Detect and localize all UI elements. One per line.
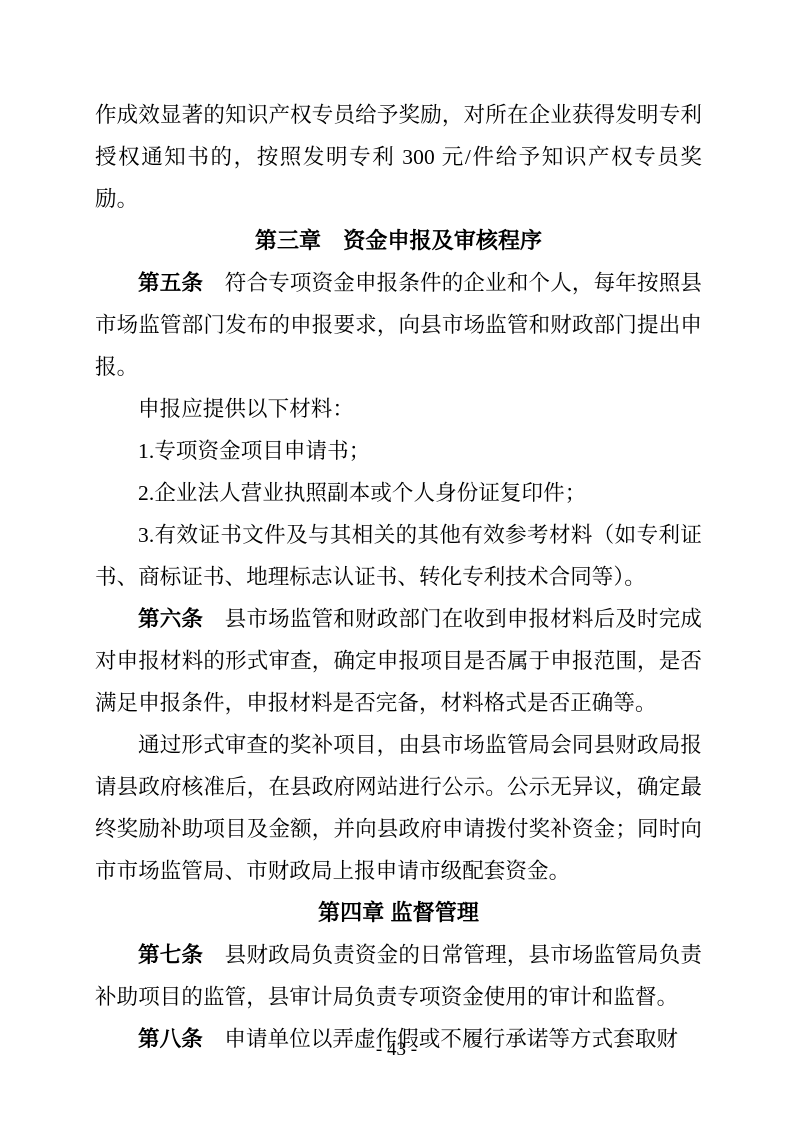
chapter-3-heading: 第三章 资金申报及审核程序: [95, 220, 702, 262]
chapter-4-heading: 第四章 监督管理: [95, 892, 702, 934]
paragraph-continuation: 作成效显著的知识产权专员给予奖励，对所在企业获得发明专利授权通知书的，按照发明专…: [95, 94, 702, 220]
chapter-heading-text: 第四章 监督管理: [318, 900, 479, 925]
page-number: - 43 -: [0, 1039, 793, 1061]
document-body: 作成效显著的知识产权专员给予奖励，对所在企业获得发明专利授权通知书的，按照发明专…: [95, 94, 702, 1060]
article-number: 第五条: [138, 271, 203, 295]
article-6-paragraph: 第六条 县市场监管和财政部门在收到申报材料后及时完成对申报材料的形式审查，确定申…: [95, 598, 702, 724]
material-item-1: 1.专项资金项目申请书；: [95, 430, 702, 472]
paragraph-text: 作成效显著的知识产权专员给予奖励，对所在企业获得发明专利授权通知书的，按照发明专…: [95, 103, 702, 211]
paragraph-text: 通过形式审查的奖补项目，由县市场监管局会同县财政局报请县政府核准后，在县政府网站…: [95, 733, 702, 883]
chapter-heading-text: 第三章 资金申报及审核程序: [255, 228, 542, 253]
article-7-paragraph: 第七条 县财政局负责资金的日常管理，县市场监管局负责补助项目的监管，县审计局负责…: [95, 934, 702, 1018]
article-5-paragraph: 第五条 符合专项资金申报条件的企业和个人，每年按照县市场监管部门发布的申报要求，…: [95, 262, 702, 388]
list-item-text: 3.有效证书文件及与其相关的其他有效参考材料（如专利证书、商标证书、地理标志认证…: [95, 523, 702, 589]
document-page: 作成效显著的知识产权专员给予奖励，对所在企业获得发明专利授权通知书的，按照发明专…: [0, 0, 793, 1122]
list-item-text: 1.专项资金项目申请书；: [138, 439, 370, 463]
material-item-3: 3.有效证书文件及与其相关的其他有效参考材料（如专利证书、商标证书、地理标志认证…: [95, 514, 702, 598]
material-item-2: 2.企业法人营业执照副本或个人身份证复印件；: [95, 472, 702, 514]
review-process-paragraph: 通过形式审查的奖补项目，由县市场监管局会同县财政局报请县政府核准后，在县政府网站…: [95, 724, 702, 892]
article-number: 第六条: [138, 607, 203, 631]
article-number: 第七条: [138, 943, 203, 967]
list-item-text: 2.企业法人营业执照副本或个人身份证复印件；: [138, 481, 586, 505]
paragraph-text: 申报应提供以下材料：: [138, 397, 354, 421]
materials-intro-paragraph: 申报应提供以下材料：: [95, 388, 702, 430]
